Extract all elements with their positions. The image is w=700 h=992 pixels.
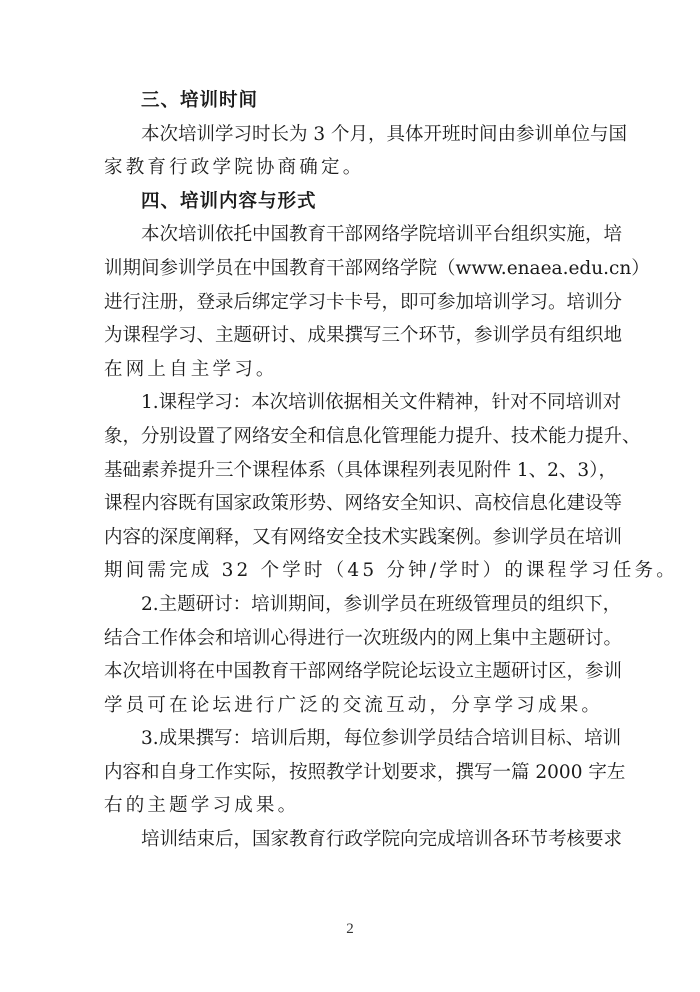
section-heading-training-time: 三、培训时间 (104, 84, 600, 118)
course-study-line: 象，分别设置了网络安全和信息化管理能力提升、技术能力提升、 (104, 420, 600, 454)
paragraph-line: 为课程学习、主题研讨、成果撰写三个环节，参训学员有组织地 (104, 319, 600, 353)
topic-discussion-line: 学员可在论坛进行广泛的交流互动，分享学习成果。 (104, 689, 600, 723)
outcome-writing-line: 右的主题学习成果。 (104, 789, 600, 823)
paragraph-line: 家教育行政学院协商确定。 (104, 151, 600, 185)
paragraph-line: 在网上自主学习。 (104, 353, 600, 387)
outcome-writing-line: 内容和自身工作实际，按照教学计划要求，撰写一篇 2000 字左 (104, 756, 600, 790)
page-number: 2 (342, 921, 358, 938)
course-study-line: 内容的深度阐释，又有网络安全技术实践案例。参训学员在培训 (104, 521, 600, 555)
paragraph-line-with-link: 训期间参训学员在中国教育干部网络学院（www.enaea.edu.cn） (104, 252, 600, 286)
page-content: 三、培训时间 本次培训学习时长为 3 个月，具体开班时间由参训单位与国 家教育行… (104, 84, 600, 857)
document-page: 三、培训时间 本次培训学习时长为 3 个月，具体开班时间由参训单位与国 家教育行… (0, 0, 700, 992)
course-study-line: 课程内容既有国家政策形势、网络安全知识、高校信息化建设等 (104, 487, 600, 521)
course-study-line: 基础素养提升三个课程体系（具体课程列表见附件 1、2、3）， (104, 454, 600, 488)
outcome-writing-line: 3.成果撰写：培训后期，每位参训学员结合培训目标、培训 (104, 722, 600, 756)
topic-discussion-line: 2.主题研讨：培训期间，参训学员在班级管理员的组织下， (104, 588, 600, 622)
topic-discussion-line: 结合工作体会和培训心得进行一次班级内的网上集中主题研讨。 (104, 622, 600, 656)
paragraph-line: 进行注册，登录后绑定学习卡卡号，即可参加培训学习。培训分 (104, 286, 600, 320)
course-study-line: 1.课程学习：本次培训依据相关文件精神，针对不同培训对 (104, 386, 600, 420)
closing-paragraph-line: 培训结束后，国家教育行政学院向完成培训各环节考核要求 (104, 823, 600, 857)
section-heading-training-content: 四、培训内容与形式 (104, 185, 600, 219)
paragraph-line: 本次培训依托中国教育干部网络学院培训平台组织实施，培 (104, 218, 600, 252)
course-study-line: 期间需完成 32 个学时（45 分钟/学时）的课程学习任务。 (104, 554, 600, 588)
topic-discussion-line: 本次培训将在中国教育干部网络学院论坛设立主题研讨区，参训 (104, 655, 600, 689)
paragraph-line: 本次培训学习时长为 3 个月，具体开班时间由参训单位与国 (104, 118, 600, 152)
